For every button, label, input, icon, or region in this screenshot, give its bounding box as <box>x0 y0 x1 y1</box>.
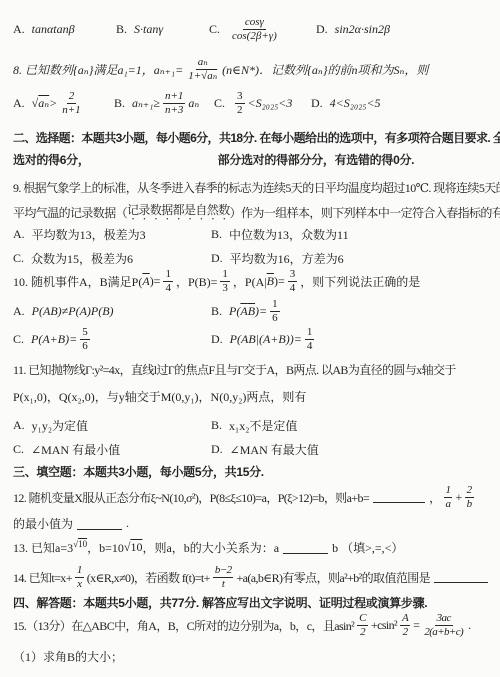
fraction: 3 4 <box>288 268 298 294</box>
fraction: 1 a <box>444 484 453 510</box>
q14-pre: 14. 已知t=x+ <box>13 569 72 586</box>
option-d-label: D. <box>316 22 328 37</box>
option-d-label: D. <box>211 251 223 266</box>
fraction-denominator: n+1 <box>60 104 82 117</box>
q15-pre: 15.（13分）在△ABC中，角A，B，C所对的边分别为a，b，c，且asin² <box>13 617 354 634</box>
q12-line1-text: 12. 随机变量X服从正态分布ξ~N(10,σ²)，P(8≤ξ≤10)=a，P(… <box>13 489 369 506</box>
q12-line1: 12. 随机变量X服从正态分布ξ~N(10,σ²)，P(8≤ξ≤10)=a，P(… <box>13 484 492 510</box>
section2-header-text2a: 选对的得6分， <box>13 151 90 168</box>
fraction-numerator: 1 <box>305 326 315 340</box>
q7-options-row: A. tanαtanβ B. S·tanγ C. cosγ cos(2β+γ) … <box>13 16 492 42</box>
section2-header-line1: 二、选择题：本题共3小题，每小题6分，共18分. 在每小题给出的选项中，有多项符… <box>13 129 492 146</box>
option-d-label: D. <box>311 96 323 111</box>
fraction: 1 4 <box>163 268 173 294</box>
q15-part1-text: （1）求角B的大小； <box>13 648 123 665</box>
q7-option-d-text: sin2α·sin2β <box>335 22 390 37</box>
fraction: 1 x <box>75 564 84 590</box>
q10-options-ab: A. P(AB)≠P(A)P(B) B. P( A B )= 1 6 <box>13 298 492 324</box>
section2-header-text1: 二、选择题：本题共3小题，每小题6分，共18分. 在每小题给出的选项中，有多项符… <box>13 129 500 146</box>
q10-stem-s1: 10. 随机事件A，B满足P( <box>13 273 142 290</box>
option-a-label: A. <box>13 304 25 319</box>
complement-B: B <box>267 274 274 289</box>
q8-option-c-post: <S₂₀₂₅<3 <box>248 96 293 111</box>
q11-option-c-text: ∠MAN 有最小值 <box>31 441 120 458</box>
fraction-numerator: b−2 <box>213 564 234 578</box>
answer-blank <box>77 518 122 530</box>
q8-option-c: C. 3 2 <S₂₀₂₅<3 <box>214 90 311 116</box>
fraction: 1 4 <box>305 326 315 352</box>
q10-option-a-text: P(AB)≠P(A)P(B) <box>32 304 114 319</box>
fraction-denominator: a <box>444 498 453 511</box>
fraction-numerator: 2 <box>465 484 474 498</box>
fraction-denominator: 2 <box>358 626 367 639</box>
section4-header: 四、解答题：本题共5小题，共77分. 解答应写出文字说明、证明过程或演算步骤. <box>13 594 492 611</box>
q7-option-c: C. cosγ cos(2β+γ) <box>209 16 316 42</box>
section2-header-text2b: 部分选对的得部分分，有选错的得0分. <box>218 151 415 168</box>
q8-stem-post: (n∈N*)．记数列{aₙ}的前n项和为Sₙ，则 <box>222 61 428 78</box>
option-a-label: A. <box>13 227 25 242</box>
q9-line2-pre: 平均气温的记录数据（ <box>13 204 127 221</box>
q13-mid: ，b=10 <box>87 539 124 556</box>
answer-blank <box>283 542 328 554</box>
fraction: A 2 <box>400 612 410 638</box>
q8-option-b: B. aₙ₊₁≥ n+1 n+3 aₙ <box>114 90 214 116</box>
fraction: aₙ 1+ √ aₙ <box>186 56 219 82</box>
fraction: 5 6 <box>80 326 90 352</box>
option-b-label: B. <box>116 22 127 37</box>
q11-option-b: B. x₁x₂不是定值 <box>211 417 297 434</box>
option-d-label: D. <box>211 332 223 347</box>
option-b-label: B. <box>211 418 222 433</box>
option-a-label: A. <box>13 96 25 111</box>
q9-option-c: C. 众数为15，极差为6 <box>13 250 211 267</box>
fraction-numerator: C <box>357 612 368 626</box>
q13-line: 13. 已知a=3 √ 10 ，b=10 √ 10 ，则a，b的大小关系为：a … <box>13 539 492 556</box>
q11-stem-line2: P(x₁,0)，Q(x₂,0)，与y轴交于M(0,y₁)，N(0,y₂)两点，则… <box>13 388 492 405</box>
fraction: 3 2 <box>235 90 245 116</box>
fraction-numerator: 1 <box>444 484 453 498</box>
section3-header: 三、填空题：本题共3小题，每小题5分，共15分. <box>13 463 492 480</box>
q9-option-d: D. 平均数为16，方差为6 <box>211 250 344 267</box>
q10-option-a: A. P(AB)≠P(A)P(B) <box>13 304 211 319</box>
q9-line2-emphasized: 记录数据都是自然数 <box>127 201 230 223</box>
q11-option-c: C. ∠MAN 有最小值 <box>13 441 211 458</box>
q13-post: b （填>,=,<） <box>332 539 403 556</box>
q10-option-c-pre: P(A+B)= <box>31 332 77 347</box>
fraction-denominator: 2 <box>401 626 410 639</box>
fraction-numerator: 2 <box>67 90 77 104</box>
q9-option-c-text: 众数为15，极差为6 <box>31 250 133 267</box>
fraction-denominator: 4 <box>305 340 315 353</box>
section2-header-line2: 选对的得6分， 部分选对的得部分分，有选错的得0分. <box>13 151 492 168</box>
option-c-label: C. <box>13 332 24 347</box>
fraction: b−2 t <box>213 564 234 590</box>
q12-comma: ， <box>429 489 440 506</box>
q15-mid1: +csin² <box>371 618 397 633</box>
fraction-denominator: b <box>465 498 474 511</box>
fraction-denominator: 4 <box>163 282 173 295</box>
radical-icon: √ <box>32 96 39 111</box>
q9-option-b: B. 中位数为13，众数为11 <box>211 226 349 243</box>
fraction: cosγ cos(2β+γ) <box>230 16 279 42</box>
option-c-label: C. <box>209 22 220 37</box>
q15-stem: 15.（13分）在△ABC中，角A，B，C所对的边分别为a，b，c，且asin²… <box>13 612 492 638</box>
radical-argument: aₙ <box>207 70 217 83</box>
q15-part1: （1）求角B的大小； <box>13 648 492 665</box>
q12-line2-text: 的最小值为 <box>13 515 73 532</box>
fraction-numerator: aₙ <box>196 56 210 70</box>
q12-line2: 的最小值为 . <box>13 515 492 532</box>
fraction-denominator: n+3 <box>163 104 185 117</box>
radical-argument: 10 <box>78 539 87 549</box>
q11-options-ab: A. y₁y₂为定值 B. x₁x₂不是定值 <box>13 417 492 434</box>
q10-option-c: C. P(A+B)= 5 6 <box>13 326 211 352</box>
q11-line2-text: P(x₁,0)，Q(x₂,0)，与y轴交于M(0,y₁)，N(0,y₂)两点，则… <box>13 388 306 405</box>
exam-paper-page: A. tanαtanβ B. S·tanγ C. cosγ cos(2β+γ) … <box>0 0 500 677</box>
fraction-denominator: 1+ √ aₙ <box>186 70 219 83</box>
fraction-numerator: cosγ <box>243 16 266 30</box>
q8-stem-pre: 8. 已知数列{aₙ}满足a₁=1，aₙ₊₁= <box>13 61 183 78</box>
option-c-label: C. <box>13 442 24 457</box>
fraction-denominator: 2(a+b+c) <box>422 626 465 639</box>
fraction: C 2 <box>357 612 368 638</box>
q9-option-a-text: 平均数为13，极差为3 <box>32 226 146 243</box>
q7-option-b: B. S·tanγ <box>116 22 209 37</box>
q14-mid2: +a(a,b∈R)有零点，则a²+b²的取值范围是 <box>236 569 430 586</box>
den-text: 1+ <box>188 70 201 83</box>
fraction: n+1 n+3 <box>163 90 185 116</box>
fraction-denominator: 6 <box>270 312 280 325</box>
q11-option-b-text: x₁x₂不是定值 <box>229 417 297 434</box>
answer-blank <box>434 571 488 583</box>
fraction-numerator: 3ac <box>435 612 453 626</box>
q9-option-a: A. 平均数为13，极差为3 <box>13 226 211 243</box>
fraction-denominator: cos(2β+γ) <box>230 30 279 43</box>
fraction: 3ac 2(a+b+c) <box>422 612 465 638</box>
q15-end: . <box>468 618 470 633</box>
q9-option-b-text: 中位数为13，众数为11 <box>229 226 349 243</box>
fraction-numerator: 5 <box>80 326 90 340</box>
option-b-label: B. <box>114 96 125 111</box>
section4-header-text: 四、解答题：本题共5小题，共77分. 解答应写出文字说明、证明过程或演算步骤. <box>13 594 427 611</box>
q8-stem: 8. 已知数列{aₙ}满足a₁=1，aₙ₊₁= aₙ 1+ √ aₙ (n∈N*… <box>13 56 492 82</box>
equals-sign: = <box>413 618 419 633</box>
q11-option-a: A. y₁y₂为定值 <box>13 417 211 434</box>
q10-stem-s4: ，P(A| <box>233 273 267 290</box>
fraction: 2 b <box>465 484 474 510</box>
fraction-numerator: 1 <box>270 298 280 312</box>
q13-mid2: ，则a，b的大小关系为：a <box>142 539 279 556</box>
fraction: 1 6 <box>270 298 280 324</box>
q8-option-d-text: 4<S₂₀₂₅<5 <box>330 96 381 111</box>
option-b-label: B. <box>211 227 222 242</box>
q11-options-cd: C. ∠MAN 有最小值 D. ∠MAN 有最大值 <box>13 441 492 458</box>
q10-option-b-pre: P( <box>229 304 240 319</box>
fraction-denominator: 6 <box>80 340 90 353</box>
relation-sign: > <box>49 96 57 111</box>
q9-options-cd: C. 众数为15，极差为6 D. 平均数为16，方差为6 <box>13 250 492 267</box>
q10-options-cd: C. P(A+B)= 5 6 D. P(AB|(A+B))= 1 4 <box>13 326 492 352</box>
q8-options-row: A. √ aₙ > 2 n+1 B. aₙ₊₁≥ n+1 n+3 aₙ C. 3… <box>13 90 492 116</box>
radical-argument: 10 <box>130 540 142 555</box>
q10-stem-s5: )= <box>274 274 285 289</box>
radical-argument: aₙ <box>38 96 49 111</box>
q14-line: 14. 已知t=x+ 1 x (x∈R,x≠0)，若函数 f(t)=t+ b−2… <box>13 564 492 590</box>
q10-stem-s2: )= <box>150 274 161 289</box>
fraction-numerator: 1 <box>75 564 84 578</box>
section3-header-text: 三、填空题：本题共3小题，每小题5分，共15分. <box>13 463 264 480</box>
q9-option-d-text: 平均数为16，方差为6 <box>230 250 344 267</box>
fraction-numerator: 3 <box>235 90 245 104</box>
option-b-label: B. <box>211 304 222 319</box>
q8-option-b-post: aₙ <box>188 96 199 111</box>
q9-stem-line2: 平均气温的记录数据（ 记录数据都是自然数 ）作为一组样本，则下列样本中一定符合入… <box>13 201 492 223</box>
q9-stem-line1: 9. 根据气象学上的标准，从冬季进入春季的标志为连续5天的日平均温度均超过10℃… <box>13 179 492 196</box>
fraction-numerator: 1 <box>220 268 230 282</box>
q11-option-a-text: y₁y₂为定值 <box>32 417 88 434</box>
fraction-numerator: A <box>400 612 410 626</box>
q11-option-d: D. ∠MAN 有最大值 <box>211 441 319 458</box>
plus-sign: + <box>455 490 461 505</box>
q13-pre: 13. 已知a=3 <box>13 539 73 556</box>
exponent: √ 10 <box>73 539 87 549</box>
q9-line2-post: ）作为一组样本，则下列样本中一定符合入春指标的有 <box>230 204 500 221</box>
fraction-numerator: 1 <box>163 268 173 282</box>
complement-B: B <box>248 304 255 319</box>
q10-stem-s3: ，P(B)= <box>176 273 217 290</box>
option-c-label: C. <box>13 251 24 266</box>
q11-stem-line1: 11. 已知抛物线Γ:y²=4x，直线l过Γ的焦点F且与Γ交于A，B两点. 以A… <box>13 361 492 378</box>
q11-option-d-text: ∠MAN 有最大值 <box>230 441 319 458</box>
fraction-numerator: 3 <box>288 268 298 282</box>
option-a-label: A. <box>13 22 25 37</box>
fraction: 1 3 <box>220 268 230 294</box>
fraction-numerator: n+1 <box>163 90 185 104</box>
q10-option-b-eq: )= <box>255 304 267 319</box>
option-d-label: D. <box>211 442 223 457</box>
option-c-label: C. <box>214 96 225 111</box>
fraction-denominator: x <box>75 578 83 591</box>
q11-line1-text: 11. 已知抛物线Γ:y²=4x，直线l过Γ的焦点F且与Γ交于A，B两点. 以A… <box>13 361 456 378</box>
q10-option-d-pre: P(AB|(A+B))= <box>230 332 302 347</box>
option-a-label: A. <box>13 418 25 433</box>
fraction-denominator: 2 <box>235 104 245 117</box>
q7-option-b-text: S·tanγ <box>134 22 163 37</box>
fraction-denominator: 3 <box>220 282 230 295</box>
q8-option-d: D. 4<S₂₀₂₅<5 <box>311 96 381 111</box>
q9-line1-text: 9. 根据气象学上的标准，从冬季进入春季的标志为连续5天的日平均温度均超过10℃… <box>13 179 500 196</box>
q10-option-d: D. P(AB|(A+B))= 1 4 <box>211 326 317 352</box>
complement-A: A <box>142 274 149 289</box>
q7-option-a-text: tanαtanβ <box>32 22 75 37</box>
fraction-denominator: t <box>220 578 226 591</box>
fraction: 2 n+1 <box>60 90 82 116</box>
fraction-denominator: 4 <box>288 282 298 295</box>
q8-option-a: A. √ aₙ > 2 n+1 <box>13 90 114 116</box>
q8-option-b-pre: aₙ₊₁≥ <box>132 96 160 111</box>
complement-A: A <box>240 304 247 319</box>
q7-option-d: D. sin2α·sin2β <box>316 22 390 37</box>
q7-option-a: A. tanαtanβ <box>13 22 116 37</box>
q9-options-ab: A. 平均数为13，极差为3 B. 中位数为13，众数为11 <box>13 226 492 243</box>
q14-mid1: (x∈R,x≠0)，若函数 f(t)=t+ <box>87 569 210 586</box>
radical-icon: √ <box>124 540 131 555</box>
q12-period: . <box>126 516 129 531</box>
q10-option-b: B. P( A B )= 1 6 <box>211 298 283 324</box>
q10-stem-s6: ，则下列说法正确的是 <box>300 273 420 290</box>
answer-blank <box>373 491 425 503</box>
q10-stem: 10. 随机事件A，B满足P( A )= 1 4 ，P(B)= 1 3 ，P(A… <box>13 268 492 294</box>
